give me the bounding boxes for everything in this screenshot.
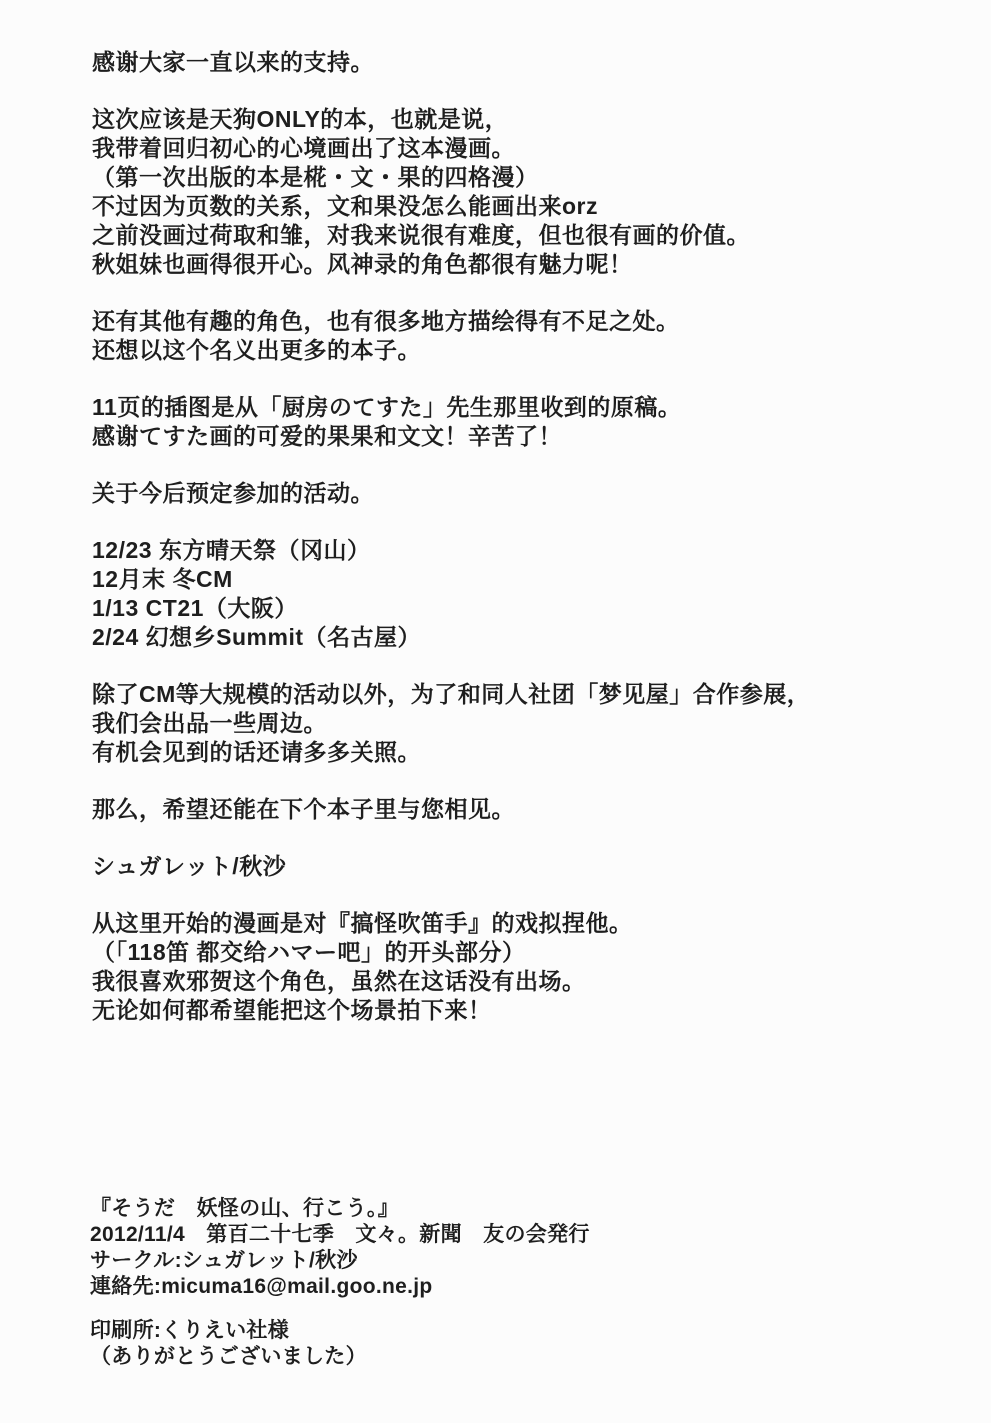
text-line: 感谢大家一直以来的支持。 <box>92 48 951 77</box>
event-line: 12/23 东方晴天祭（冈山） <box>92 536 951 565</box>
event-line: 2/24 幻想乡Summit（名古屋） <box>92 623 951 652</box>
paragraph-collaboration: 除了CM等大规模的活动以外，为了和同人社团「梦见屋」合作参展， 我们会出品一些周… <box>92 680 951 767</box>
paragraph-event-schedule: 12/23 东方晴天祭（冈山） 12月末 冬CM 1/13 CT21（大阪） 2… <box>92 536 951 652</box>
printer-name: 印刷所:くりえい社様 <box>90 1318 951 1344</box>
paragraph-signature: シュガレット/秋沙 <box>92 852 951 881</box>
text-line: 之前没画过荷取和雏，对我来说很有难度，但也很有画的价值。 <box>92 221 951 250</box>
event-line: 12月末 冬CM <box>92 565 951 594</box>
text-line: 还有其他有趣的角色，也有很多地方描绘得有不足之处。 <box>92 307 951 336</box>
colophon: 『そうだ 妖怪の山、行こう。』 2012/11/4 第百二十七季 文々。新聞 友… <box>90 1196 951 1370</box>
printer-thanks: （ありがとうございました） <box>90 1344 951 1370</box>
event-line: 1/13 CT21（大阪） <box>92 594 951 623</box>
text-line: 我带着回归初心的心境画出了这本漫画。 <box>92 134 951 163</box>
text-line: 秋姐妹也画得很开心。风神录的角色都很有魅力呢！ <box>92 250 951 279</box>
printer-block: 印刷所:くりえい社様 （ありがとうございました） <box>90 1318 951 1370</box>
text-line: 那么，希望还能在下个本子里与您相见。 <box>92 795 951 824</box>
text-line: 从这里开始的漫画是对『搞怪吹笛手』的戏拟捏他。 <box>92 909 951 938</box>
paragraph-events-intro: 关于今后预定参加的活动。 <box>92 479 951 508</box>
document-page: 感谢大家一直以来的支持。 这次应该是天狗ONLY的本，也就是说， 我带着回归初心… <box>0 0 991 1423</box>
afterword-body: 感谢大家一直以来的支持。 这次应该是天狗ONLY的本，也就是说， 我带着回归初心… <box>92 48 951 1025</box>
text-line: 除了CM等大规模的活动以外，为了和同人社团「梦见屋」合作参展， <box>92 680 951 709</box>
author-signature: シュガレット/秋沙 <box>92 852 951 881</box>
text-line: 有机会见到的话还请多多关照。 <box>92 738 951 767</box>
paragraph-thanks: 感谢大家一直以来的支持。 <box>92 48 951 77</box>
paragraph-about-book: 这次应该是天狗ONLY的本，也就是说， 我带着回归初心的心境画出了这本漫画。 （… <box>92 105 951 279</box>
publication-info: 2012/11/4 第百二十七季 文々。新聞 友の会発行 <box>90 1222 951 1248</box>
book-title: 『そうだ 妖怪の山、行こう。』 <box>90 1196 951 1222</box>
publication-block: 『そうだ 妖怪の山、行こう。』 2012/11/4 第百二十七季 文々。新聞 友… <box>90 1196 951 1300</box>
text-line: 11页的插图是从「厨房のてすた」先生那里收到的原稿。 <box>92 393 951 422</box>
paragraph-other-characters: 还有其他有趣的角色，也有很多地方描绘得有不足之处。 还想以这个名义出更多的本子。 <box>92 307 951 365</box>
text-line: （「118笛 都交给ハマー吧」的开头部分） <box>92 938 951 967</box>
text-line: 感谢てすた画的可爱的果果和文文！辛苦了！ <box>92 422 951 451</box>
text-line: 还想以这个名义出更多的本子。 <box>92 336 951 365</box>
paragraph-farewell: 那么，希望还能在下个本子里与您相见。 <box>92 795 951 824</box>
text-line: 无论如何都希望能把这个场景拍下来！ <box>92 996 951 1025</box>
text-line: 我们会出品一些周边。 <box>92 709 951 738</box>
paragraph-guest-illustration: 11页的插图是从「厨房のてすた」先生那里收到的原稿。 感谢てすた画的可爱的果果和… <box>92 393 951 451</box>
text-line: （第一次出版的本是椛・文・果的四格漫） <box>92 163 951 192</box>
text-line: 关于今后预定参加的活动。 <box>92 479 951 508</box>
paragraph-parody-note: 从这里开始的漫画是对『搞怪吹笛手』的戏拟捏他。 （「118笛 都交给ハマー吧」的… <box>92 909 951 1025</box>
text-line: 我很喜欢邪贺这个角色，虽然在这话没有出场。 <box>92 967 951 996</box>
text-line: 不过因为页数的关系，文和果没怎么能画出来orz <box>92 192 951 221</box>
text-line: 这次应该是天狗ONLY的本，也就是说， <box>92 105 951 134</box>
circle-name: サークル:シュガレット/秋沙 <box>90 1248 951 1274</box>
contact-email: 連絡先:micuma16@mail.goo.ne.jp <box>90 1274 951 1300</box>
